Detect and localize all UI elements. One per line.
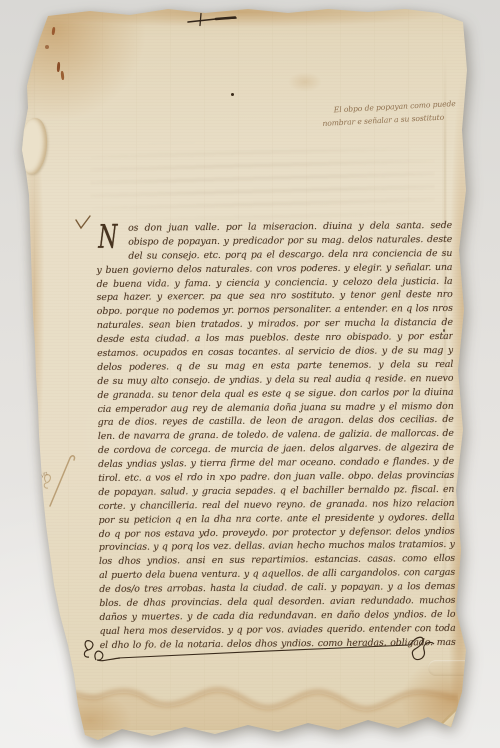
rubric-left-icon [84,641,93,657]
ink-speck [443,329,445,332]
manuscript-text-block: N os don juan valle. por la miseracion. … [96,219,456,653]
manuscript-sheet: El obpo de popayan como puede nombrar e … [0,0,500,748]
photo-backdrop: El obpo de popayan como puede nombrar e … [0,0,500,748]
margin-stroke-icon [42,452,78,514]
verso-text-showthrough [90,142,435,222]
fold-flap [424,684,474,736]
check-mark-icon [74,214,92,236]
closing-rule-line [118,645,410,658]
manuscript-sheet-wrap: El obpo de popayan como puede nombrar e … [0,0,500,748]
initial-letter: N [98,219,120,259]
ink-dot [231,93,234,96]
fold-shadow [424,684,474,736]
rubric-right-icon [410,637,434,659]
cross-mark-icon [186,12,244,32]
water-stain-tide-mark [56,664,458,730]
faint-stain-blot [288,72,322,92]
rust-spot [45,45,49,49]
folded-corner [424,684,474,736]
